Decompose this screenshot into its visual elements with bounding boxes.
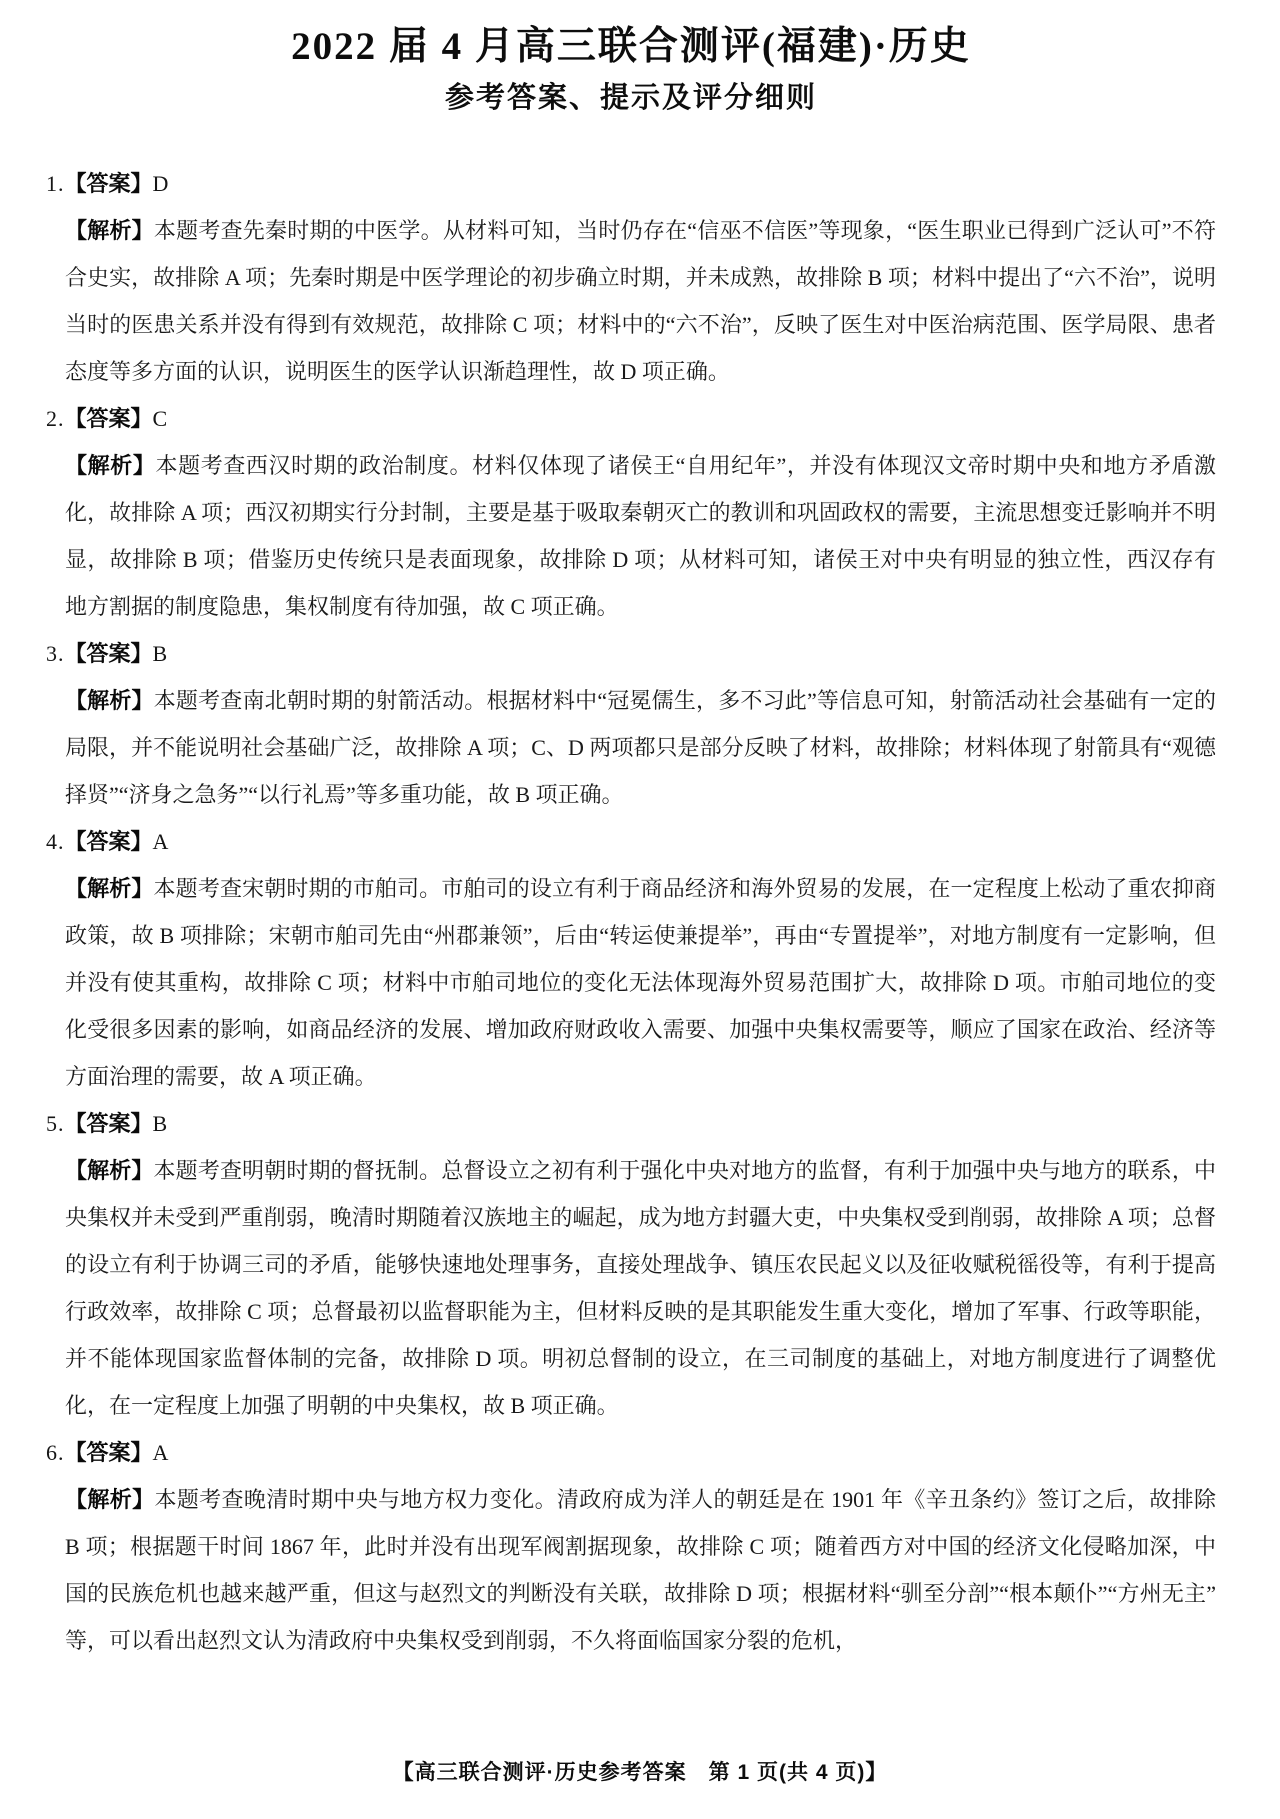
- question-block-6: 6.【答案】A 【解析】本题考查晚清时期中央与地方权力变化。清政府成为洋人的朝廷…: [46, 1429, 1216, 1664]
- answer-line: 3.【答案】B: [46, 630, 1216, 677]
- answer-line: 2.【答案】C: [46, 395, 1216, 442]
- question-number: 2.: [46, 406, 65, 431]
- analysis-label: 【解析】: [65, 218, 154, 243]
- analysis-label: 【解析】: [65, 453, 155, 478]
- answers-content: 1.【答案】D 【解析】本题考查先秦时期的中医学。从材料可知，当时仍存在“信巫不…: [46, 160, 1216, 1664]
- question-number: 1.: [46, 171, 65, 196]
- analysis-paragraph: 【解析】本题考查宋朝时期的市舶司。市舶司的设立有利于商品经济和海外贸易的发展，在…: [65, 865, 1216, 1100]
- answer-line: 6.【答案】A: [46, 1429, 1216, 1476]
- answer-label: 【答案】: [65, 171, 153, 196]
- analysis-paragraph: 【解析】本题考查西汉时期的政治制度。材料仅体现了诸侯王“自用纪年”，并没有体现汉…: [65, 442, 1216, 630]
- answer-label: 【答案】: [65, 1440, 153, 1465]
- analysis-paragraph: 【解析】本题考查先秦时期的中医学。从材料可知，当时仍存在“信巫不信医”等现象，“…: [65, 207, 1216, 395]
- question-number: 4.: [46, 829, 65, 854]
- page-footer: 【高三联合测评·历史参考答案 第 1 页(共 4 页)】: [0, 1756, 1280, 1786]
- page-title: 2022 届 4 月高三联合测评(福建)·历史: [46, 24, 1216, 71]
- page-subtitle: 参考答案、提示及评分细则: [46, 81, 1216, 116]
- analysis-text: 本题考查南北朝时期的射箭活动。根据材料中“冠冕儒生，多不习此”等信息可知，射箭活…: [65, 688, 1216, 807]
- answer-choice: D: [153, 171, 169, 196]
- answer-line: 4.【答案】A: [46, 818, 1216, 865]
- question-block-2: 2.【答案】C 【解析】本题考查西汉时期的政治制度。材料仅体现了诸侯王“自用纪年…: [46, 395, 1216, 630]
- answer-line: 1.【答案】D: [46, 160, 1216, 207]
- question-number: 5.: [46, 1111, 65, 1136]
- analysis-paragraph: 【解析】本题考查明朝时期的督抚制。总督设立之初有利于强化中央对地方的监督，有利于…: [65, 1147, 1216, 1429]
- answer-choice: B: [153, 1111, 168, 1136]
- answer-choice: C: [153, 406, 168, 431]
- answer-choice: A: [153, 1440, 169, 1465]
- question-block-5: 5.【答案】B 【解析】本题考查明朝时期的督抚制。总督设立之初有利于强化中央对地…: [46, 1100, 1216, 1429]
- analysis-label: 【解析】: [65, 876, 154, 901]
- answer-label: 【答案】: [65, 641, 153, 666]
- answer-choice: B: [153, 641, 168, 666]
- question-number: 3.: [46, 641, 65, 666]
- analysis-text: 本题考查宋朝时期的市舶司。市舶司的设立有利于商品经济和海外贸易的发展，在一定程度…: [65, 876, 1216, 1089]
- analysis-text: 本题考查晚清时期中央与地方权力变化。清政府成为洋人的朝廷是在 1901 年《辛丑…: [65, 1487, 1216, 1653]
- question-block-4: 4.【答案】A 【解析】本题考查宋朝时期的市舶司。市舶司的设立有利于商品经济和海…: [46, 818, 1216, 1100]
- answer-label: 【答案】: [65, 1111, 153, 1136]
- question-number: 6.: [46, 1440, 65, 1465]
- question-block-3: 3.【答案】B 【解析】本题考查南北朝时期的射箭活动。根据材料中“冠冕儒生，多不…: [46, 630, 1216, 818]
- answer-choice: A: [153, 829, 169, 854]
- analysis-label: 【解析】: [65, 688, 154, 713]
- answer-key-page: 2022 届 4 月高三联合测评(福建)·历史 参考答案、提示及评分细则 1.【…: [0, 0, 1280, 1819]
- analysis-text: 本题考查明朝时期的督抚制。总督设立之初有利于强化中央对地方的监督，有利于加强中央…: [65, 1158, 1216, 1418]
- analysis-text: 本题考查西汉时期的政治制度。材料仅体现了诸侯王“自用纪年”，并没有体现汉文帝时期…: [65, 453, 1216, 619]
- analysis-paragraph: 【解析】本题考查南北朝时期的射箭活动。根据材料中“冠冕儒生，多不习此”等信息可知…: [65, 677, 1216, 818]
- answer-line: 5.【答案】B: [46, 1100, 1216, 1147]
- analysis-text: 本题考查先秦时期的中医学。从材料可知，当时仍存在“信巫不信医”等现象，“医生职业…: [65, 218, 1216, 384]
- question-block-1: 1.【答案】D 【解析】本题考查先秦时期的中医学。从材料可知，当时仍存在“信巫不…: [46, 160, 1216, 395]
- analysis-label: 【解析】: [65, 1487, 154, 1512]
- analysis-label: 【解析】: [65, 1158, 154, 1183]
- answer-label: 【答案】: [65, 829, 153, 854]
- answer-label: 【答案】: [65, 406, 153, 431]
- analysis-paragraph: 【解析】本题考查晚清时期中央与地方权力变化。清政府成为洋人的朝廷是在 1901 …: [65, 1476, 1216, 1664]
